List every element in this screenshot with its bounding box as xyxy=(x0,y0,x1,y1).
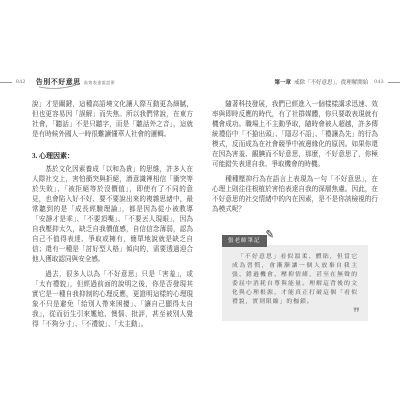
paragraph: 基於文化因素養成「以和為貴」的思維，許多人在人際社交上，害怕衝突與拒絕，潛意識裡… xyxy=(32,165,193,265)
chapter-label: 第一章 xyxy=(274,78,291,86)
note-text: 「不好意思」看似溫柔、體貼，但當它成為習慣，會漸漸讓一個人放棄自我主張、錯過機會… xyxy=(232,253,358,307)
note-label-text: 張老師筆記 xyxy=(228,237,261,245)
note-body: 「不好意思」看似溫柔、體貼，但當它成為習慣，會漸漸讓一個人放棄自我主張、錯過機會… xyxy=(222,245,368,321)
book-logo: 告別不好意思 高效表達說話術 xyxy=(36,78,116,86)
right-page-number: 043 xyxy=(374,79,384,85)
paragraph: 過去，很多人以為「不好意思」只是「害羞」，或「太有禮貌」，但經過前面的說明之後，… xyxy=(32,270,193,330)
paragraph: 說」才是關鍵，這種高語境文化讓人際互動更為細膩，但也更容易因「誤解」而失焦。所以… xyxy=(32,100,193,140)
teacher-note-box: 張老師筆記 ✎ 「不好意思」看似溫柔、體貼，但當它成為習慣，會漸漸讓一個人放棄自… xyxy=(222,229,368,321)
note-label-tab: 張老師筆記 ✎ xyxy=(222,235,267,247)
right-body: 隨著科技發展，我們已經進入一個樣樣講求迅速、效率與即時反應的時代，有了社群媒體，… xyxy=(206,100,390,321)
paragraph: 種種壓抑行為在語言上表現為一句「不好意思」，在心理上則往往根植於害怕表達自我的深… xyxy=(212,175,378,215)
section-heading: 3. 心理因素： xyxy=(32,151,193,161)
left-page-number: 042 xyxy=(16,79,26,85)
paragraph: 隨著科技發展，我們已經進入一個樣樣講求迅速、效率與即時反應的時代，有了社群媒體，… xyxy=(212,100,378,170)
logo-swoosh-icon xyxy=(38,83,80,89)
left-body: 說」才是關鍵，這種高語境文化讓人際互動更為細膩，但也更容易因「誤解」而失焦。所以… xyxy=(14,100,195,330)
pencil-icon: ✎ xyxy=(265,230,276,239)
header-rule-left xyxy=(0,82,12,83)
book-logo-subtitle: 高效表達說話術 xyxy=(84,80,116,86)
left-page: 042 告別不好意思 高效表達說話術 說」才是關鍵，這種高語境文化讓人際互動更為… xyxy=(14,76,195,330)
chapter-title: 戒除「不好意思」，從理解開始 xyxy=(294,78,368,86)
header-rule-right xyxy=(388,82,400,83)
right-running-header: 第一章 戒除「不好意思」，從理解開始 043 xyxy=(206,76,390,88)
left-running-header: 042 告別不好意思 高效表達說話術 xyxy=(14,76,195,88)
right-page: 第一章 戒除「不好意思」，從理解開始 043 隨著科技發展，我們已經進入一個樣樣… xyxy=(206,76,390,321)
closing-quote-icon: ❞ xyxy=(353,307,360,319)
book-spread: 042 告別不好意思 高效表達說話術 說」才是關鍵，這種高語境文化讓人際互動更為… xyxy=(0,0,400,400)
